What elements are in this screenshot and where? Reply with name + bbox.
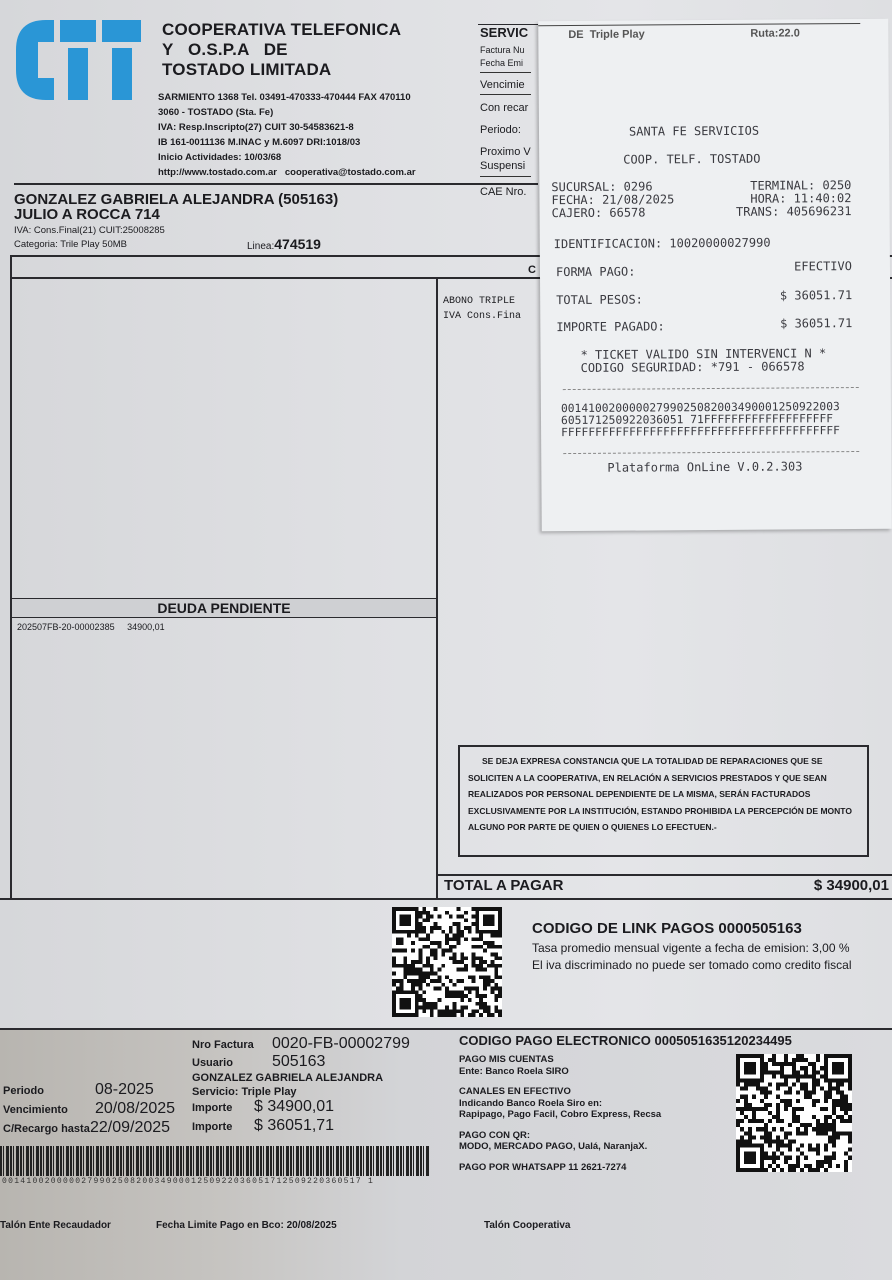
- detail-lines: ABONO TRIPLE IVA Cons.Fina: [443, 294, 521, 324]
- link-pagos-title: CODIGO DE LINK PAGOS 0000505163: [532, 920, 802, 937]
- barcode-number: 0014100200000279902508200349000125092203…: [2, 1177, 374, 1186]
- stub-invoice: Nro Factura0020-FB-00002799 Usuario50516…: [192, 1035, 410, 1098]
- stub-dates: Periodo08-2025 Vencimiento20/08/2025 C/R…: [3, 1081, 175, 1138]
- customer-address: JULIO A ROCCA 714: [14, 207, 338, 222]
- issuer-web-link[interactable]: http://www.tostado.com.ar: [158, 167, 277, 178]
- payment-barcode-icon: [0, 1146, 430, 1176]
- ctt-logo-icon: [16, 20, 141, 100]
- payment-qr-icon: [736, 1054, 852, 1172]
- debt-row: 202507FB-20-00002385 34900,01: [17, 622, 165, 632]
- electronic-payment-code: CODIGO PAGO ELECTRONICO 0005051635120234…: [459, 1033, 792, 1048]
- payment-channels: PAGO MIS CUENTAS Ente: Banco Roela SIRO …: [459, 1054, 661, 1173]
- payment-receipt: DE Triple Play Ruta:22.0 SANTA FE SERVIC…: [538, 19, 892, 531]
- issuer-info: SARMIENTO 1368 Tel. 03491-470333-470444 …: [158, 90, 416, 180]
- customer-name: GONZALEZ GABRIELA ALEJANDRA (505163): [14, 192, 338, 207]
- stub-amounts: Importe$ 34900,01 Importe$ 36051,71: [192, 1098, 334, 1136]
- invoice-header-labels: SERVIC Factura Nu Fecha Emi Vencimie Con…: [480, 26, 531, 199]
- repairs-notice: SE DEJA EXPRESA CONSTANCIA QUE LA TOTALI…: [458, 745, 869, 857]
- link-pagos-info: Tasa promedio mensual vigente a fecha de…: [532, 940, 852, 974]
- link-pagos-qr-icon: [392, 907, 502, 1017]
- issuer-name: COOPERATIVA TELEFONICA Y O.S.P.A DE TOST…: [162, 20, 401, 80]
- total-to-pay: TOTAL A PAGAR $ 34900,01: [438, 875, 892, 897]
- debt-title: DEUDA PENDIENTE: [12, 599, 436, 617]
- issuer-email-link[interactable]: cooperativa@tostado.com.ar: [285, 167, 416, 178]
- line-number: Linea:474519: [247, 236, 321, 254]
